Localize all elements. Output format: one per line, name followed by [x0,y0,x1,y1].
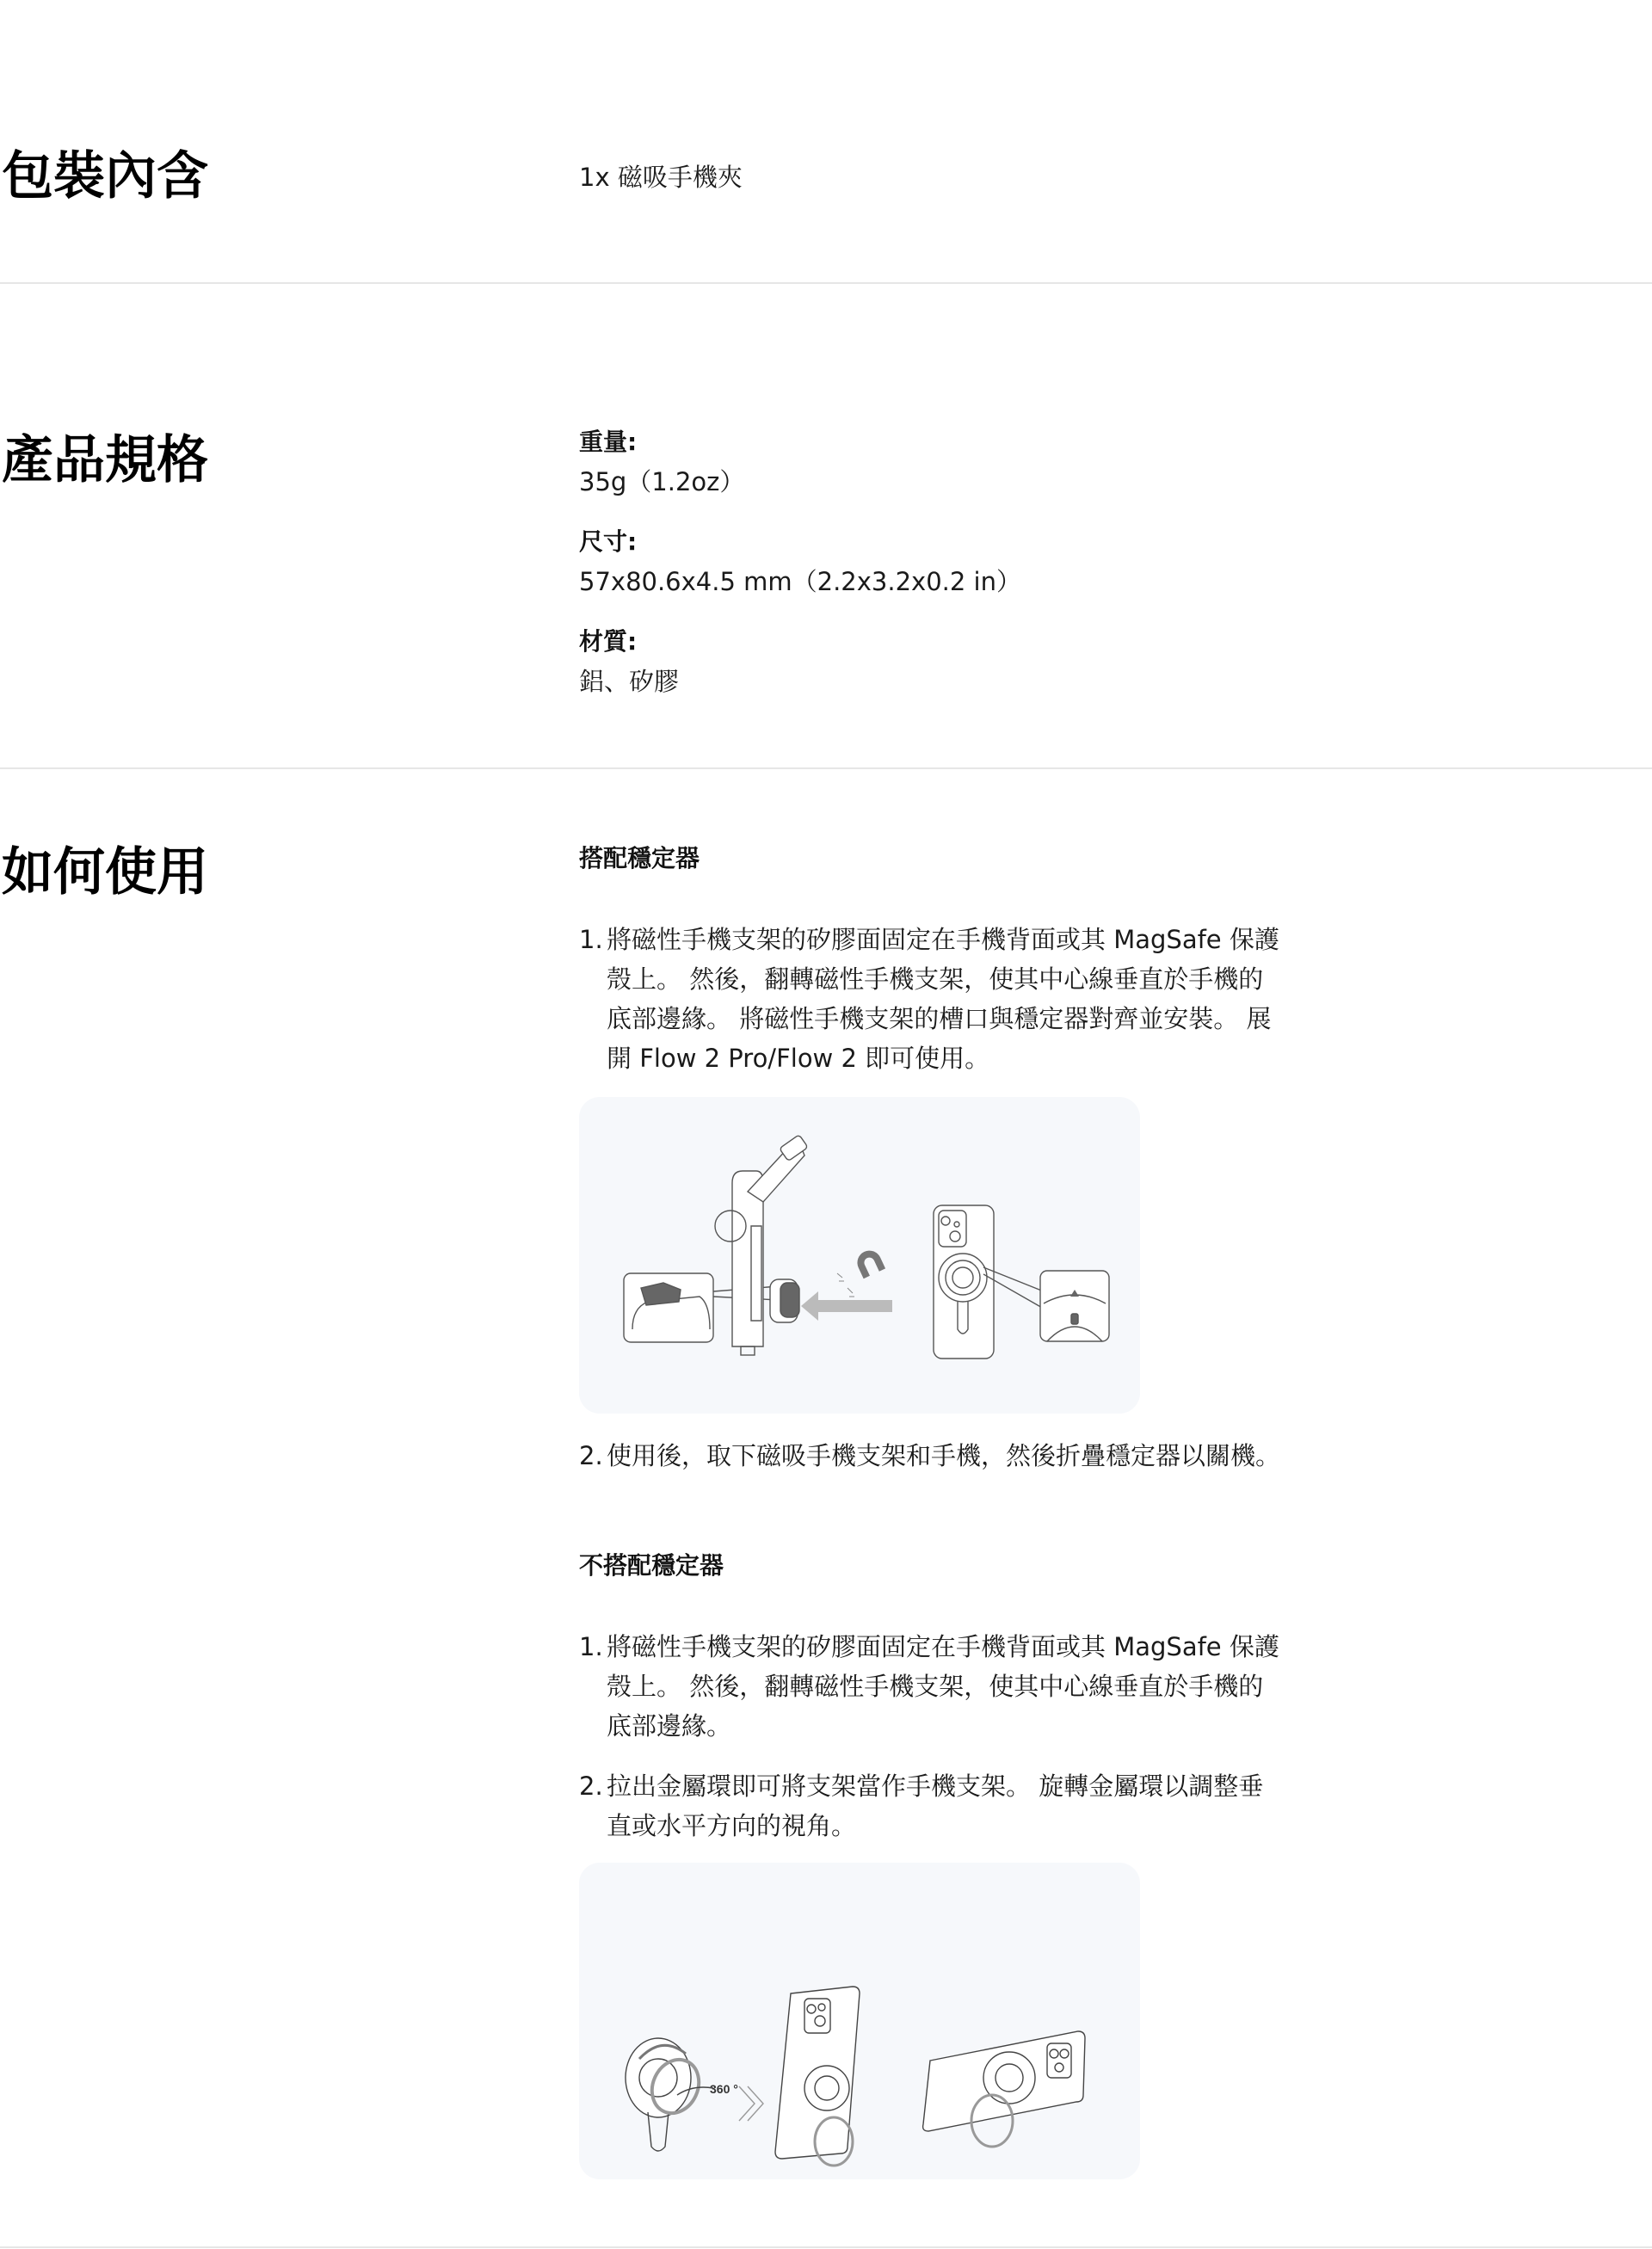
steps-without-gimbal: 1. 將磁性手機支架的矽膠面固定在手機背面或其 MagSafe 保護 殼上。 然… [579,1627,1353,1845]
step-number: 2. [579,1436,607,1476]
step-line: 殼上。 然後，翻轉磁性手機支架，使其中心線垂直於手機的 [607,1667,1347,1706]
step-number: 1. [579,1627,607,1746]
section-title-usage: 如何使用 [2,840,208,905]
section-title-package: 包裝內含 [2,144,208,209]
step-item: 2. 拉出金屬環即可將支架當作手機支架。 旋轉金屬環以調整垂 直或水平方向的視角… [579,1766,1353,1845]
step-text: 將磁性手機支架的矽膠面固定在手機背面或其 MagSafe 保護 殼上。 然後，翻… [607,920,1347,1078]
subheading-without-gimbal: 不搭配穩定器 [579,1549,1353,1583]
ring-stand-illustration-icon: 360 ° [579,1863,1140,2179]
rotation-label: 360 ° [710,2082,738,2096]
usage-without-gimbal: 不搭配穩定器 [579,1549,1353,1583]
step-item: 2. 使用後，取下磁吸手機支架和手機，然後折疊穩定器以關機。 [579,1436,1353,1476]
step-number: 1. [579,920,607,1078]
step-line: 底部邊緣。 將磁性手機支架的槽口與穩定器對齊並安裝。 展 [607,999,1347,1038]
step-text: 使用後，取下磁吸手機支架和手機，然後折疊穩定器以關機。 [607,1436,1347,1476]
subheading-with-gimbal: 搭配穩定器 [579,841,1353,876]
spec-label: 尺寸: [579,522,1353,562]
step-line: 拉出金屬環即可將支架當作手機支架。 旋轉金屬環以調整垂 [607,1766,1347,1806]
step-line: 使用後，取下磁吸手機支架和手機，然後折疊穩定器以關機。 [607,1436,1347,1476]
spec-value: 57x80.6x4.5 mm（2.2x3.2x0.2 in） [579,562,1353,601]
usage-with-gimbal: 搭配穩定器 [579,841,1353,876]
usage-section: 如何使用 搭配穩定器 1. 將磁性手機支架的矽膠面固定在手機背面或其 MagSa… [0,769,1652,2247]
step-line: 直或水平方向的視角。 [607,1806,1347,1845]
step-item: 1. 將磁性手機支架的矽膠面固定在手機背面或其 MagSafe 保護 殼上。 然… [579,1627,1353,1746]
gimbal-magnetic-attach-illustration [579,1097,1140,1414]
ring-stand-rotation-illustration: 360 ° [579,1863,1140,2179]
specs-content: 重量: 35g（1.2oz） 尺寸: 57x80.6x4.5 mm（2.2x3.… [579,422,1353,722]
steps-with-gimbal-2: 2. 使用後，取下磁吸手機支架和手機，然後折疊穩定器以關機。 [579,1436,1353,1476]
figure-gimbal-wrapper [579,1097,1353,1414]
package-content: 1x 磁吸手機夾 [579,157,1353,197]
figure-ring-wrapper: 360 ° [579,1863,1353,2179]
divider [0,2246,1652,2248]
package-section: 包裝內含 1x 磁吸手機夾 [0,0,1652,284]
package-item: 1x 磁吸手機夾 [579,157,1353,197]
spec-material: 材質: 鋁、矽膠 [579,622,1353,701]
gimbal-illustration-icon [579,1097,1140,1414]
step-line: 殼上。 然後，翻轉磁性手機支架，使其中心線垂直於手機的 [607,959,1347,999]
step-item: 1. 將磁性手機支架的矽膠面固定在手機背面或其 MagSafe 保護 殼上。 然… [579,920,1353,1078]
section-title-specs: 產品規格 [2,428,208,493]
step-text: 拉出金屬環即可將支架當作手機支架。 旋轉金屬環以調整垂 直或水平方向的視角。 [607,1766,1347,1845]
spec-dimensions: 尺寸: 57x80.6x4.5 mm（2.2x3.2x0.2 in） [579,522,1353,601]
spec-value: 35g（1.2oz） [579,462,1353,502]
step-line: 底部邊緣。 [607,1706,1347,1746]
spec-label: 重量: [579,422,1353,462]
specs-section: 產品規格 重量: 35g（1.2oz） 尺寸: 57x80.6x4.5 mm（2… [0,284,1652,768]
spec-weight: 重量: 35g（1.2oz） [579,422,1353,502]
step-text: 將磁性手機支架的矽膠面固定在手機背面或其 MagSafe 保護 殼上。 然後，翻… [607,1627,1347,1746]
steps-with-gimbal: 1. 將磁性手機支架的矽膠面固定在手機背面或其 MagSafe 保護 殼上。 然… [579,920,1353,1078]
spec-value: 鋁、矽膠 [579,662,1353,701]
step-number: 2. [579,1766,607,1845]
spec-label: 材質: [579,622,1353,662]
step-line: 將磁性手機支架的矽膠面固定在手機背面或其 MagSafe 保護 [607,1627,1347,1667]
step-line: 開 Flow 2 Pro/Flow 2 即可使用。 [607,1038,1347,1078]
step-line: 將磁性手機支架的矽膠面固定在手機背面或其 MagSafe 保護 [607,920,1347,959]
